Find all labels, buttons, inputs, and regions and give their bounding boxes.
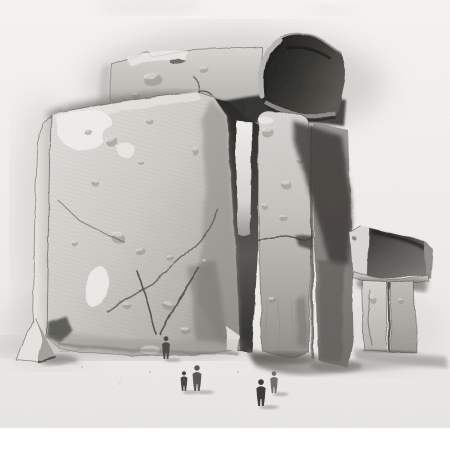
paper-grain-overlay (0, 0, 450, 428)
bottom-white-margin (0, 428, 450, 450)
pencil-drawing-stone-monument (0, 0, 450, 450)
artwork-canvas (0, 0, 450, 450)
